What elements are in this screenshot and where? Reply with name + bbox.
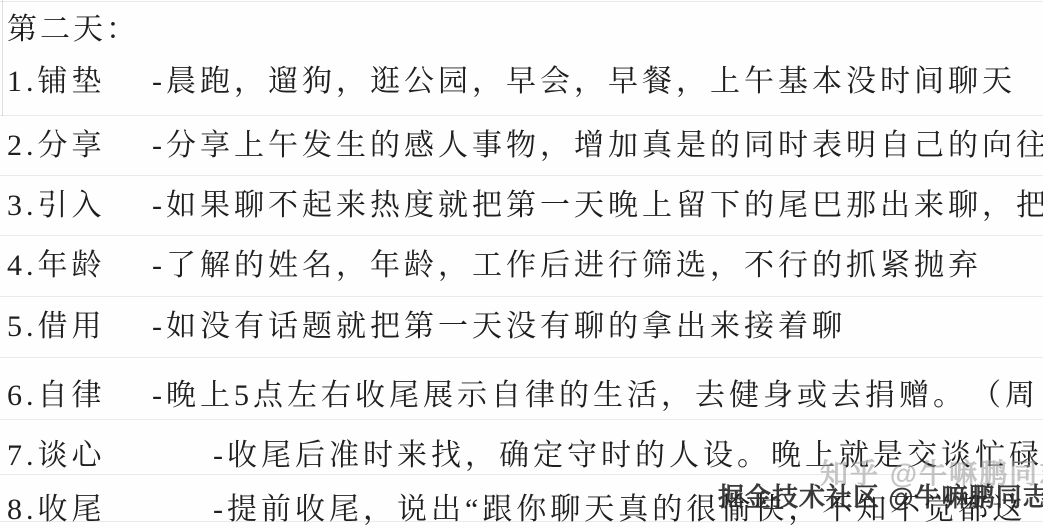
row-label: 5.借用 [7,301,106,343]
row-text: -晨跑，遛狗，逛公园，早会，早餐，上午基本没时间聊天 （ [152,56,1043,98]
gridline [0,115,1043,116]
document-page: 第二天： 1.铺垫 -晨跑，遛狗，逛公园，早会，早餐，上午基本没时间聊天 （ 2… [0,0,1043,529]
row-text: -分享上午发生的感人事物，增加真是的同时表明自己的向往 [152,120,1043,162]
list-row: 1.铺垫 -晨跑，遛狗，逛公园，早会，早餐，上午基本没时间聊天 （ [0,56,1043,98]
list-row: 5.借用 -如没有话题就把第一天没有聊的拿出来接着聊 [0,301,1043,343]
list-row: 3.引入 -如果聊不起来热度就把第一天晚上留下的尾巴那出来聊，把 [0,180,1043,222]
row-label: 2.分享 [7,120,106,162]
row-label: 3.引入 [7,180,106,222]
list-row: 6.自律 -晚上5点左右收尾展示自律的生活，去健身或去捐赠。 （周 [0,370,1043,412]
page-title: 第二天： [7,4,139,48]
row-label: 6.自律 [7,370,106,412]
row-label: 7.谈心 [7,430,106,472]
gridline [0,419,1043,420]
gridline [0,296,1043,297]
gridline [0,357,1043,358]
gridline [0,175,1043,176]
row-label: 8.收尾 [7,484,106,526]
list-row: 2.分享 -分享上午发生的感人事物，增加真是的同时表明自己的向往 [0,120,1043,162]
gridline [0,235,1043,236]
row-text: -了解的姓名，年龄，工作后进行筛选，不行的抓紧抛弃 [152,240,982,282]
row-text: -晚上5点左右收尾展示自律的生活，去健身或去捐赠。 （周 [152,370,1039,412]
watermark-juejin: 掘金技术社区 @牛嘛鹏同志 [718,477,1043,514]
gridline [0,1,1043,2]
row-label: 1.铺垫 [7,56,106,98]
list-row: 4.年龄 -了解的姓名，年龄，工作后进行筛选，不行的抓紧抛弃 [0,240,1043,282]
row-text: -如没有话题就把第一天没有聊的拿出来接着聊 [152,301,846,343]
row-text: -如果聊不起来热度就把第一天晚上留下的尾巴那出来聊，把 [152,180,1043,222]
row-label: 4.年龄 [7,240,106,282]
